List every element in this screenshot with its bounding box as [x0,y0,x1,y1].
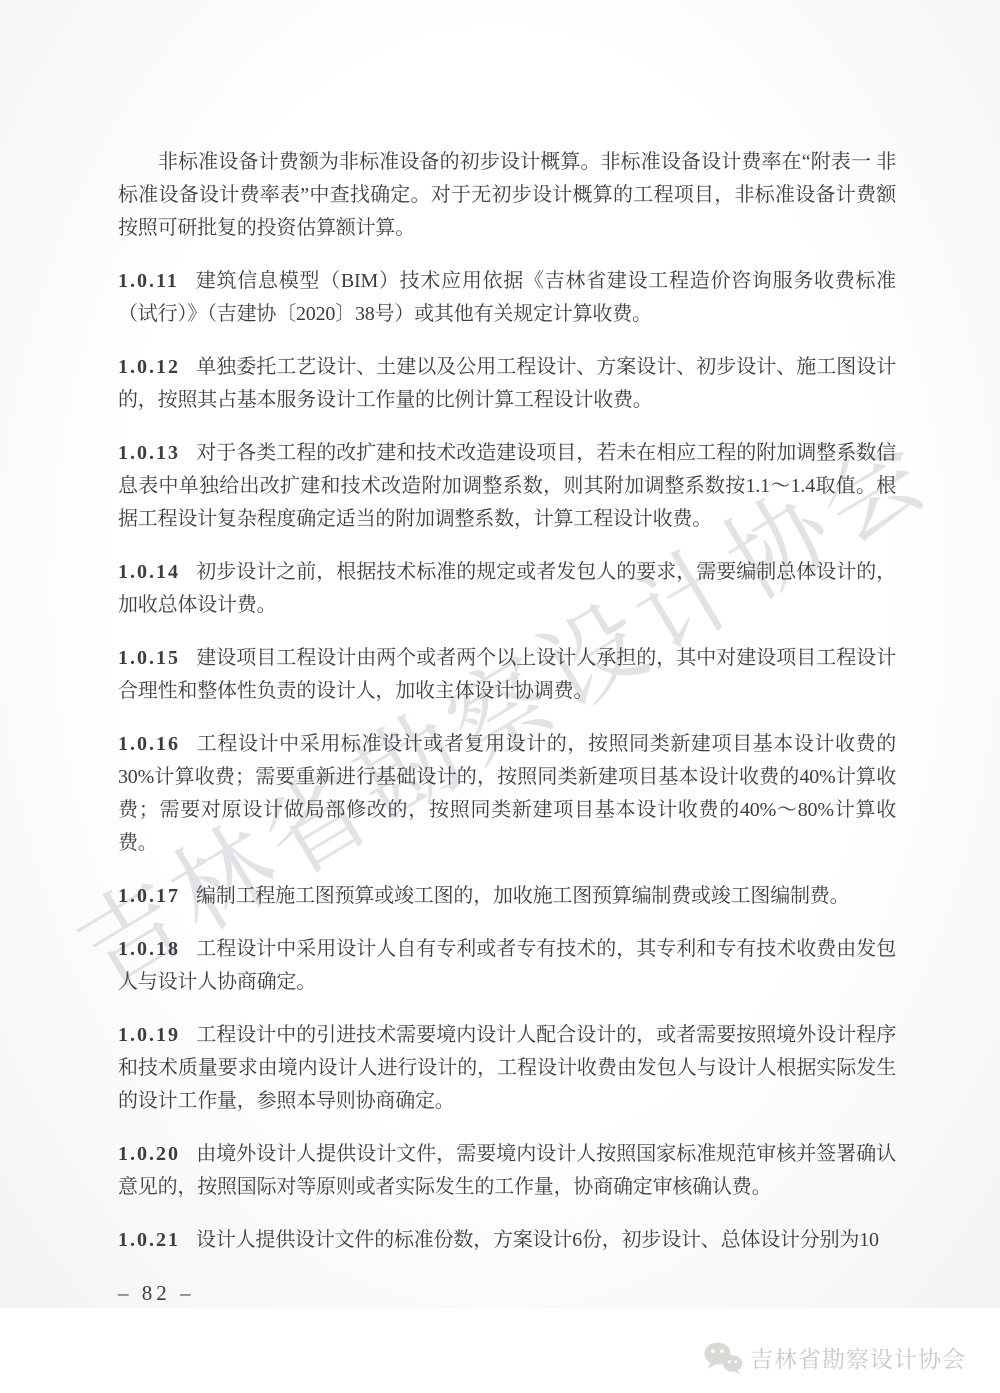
clause-text: 设计人提供设计文件的标准份数，方案设计6份，初步设计、总体设计分别为10 [196,1229,879,1251]
clause-paragraph: 1.0.16工程设计中采用标准设计或者复用设计的，按照同类新建项目基本设计收费的… [118,728,896,860]
clause-paragraph: 1.0.21设计人提供设计文件的标准份数，方案设计6份，初步设计、总体设计分别为… [118,1224,896,1257]
clause-number: 1.0.11 [118,270,179,292]
clause-text: 工程设计中的引进技术需要境内设计人配合设计的，或者需要按照境外设计程序和技术质量… [118,1024,896,1112]
clause-text: 由境外设计人提供设计文件，需要境内设计人按照国家标准规范审核并签署确认意见的，按… [118,1143,896,1198]
clause-text: 单独委托工艺设计、土建以及公用工程设计、方案设计、初步设计、施工图设计的，按照其… [118,356,896,411]
clause-number: 1.0.13 [118,442,180,464]
clause-text: 工程设计中采用标准设计或者复用设计的，按照同类新建项目基本设计收费的30%计算收… [118,733,896,854]
clause-text: 初步设计之前，根据技术标准的规定或者发包人的要求，需要编制总体设计的，加收总体设… [118,561,896,616]
clause-paragraph: 1.0.12单独委托工艺设计、土建以及公用工程设计、方案设计、初步设计、施工图设… [118,351,896,417]
clause-paragraph: 1.0.18工程设计中采用设计人自有专利或者专有技术的，其专利和专有技术收费由发… [118,933,896,999]
clause-paragraph: 1.0.13对于各类工程的改扩建和技术改造建设项目，若未在相应工程的附加调整系数… [118,437,896,536]
clause-paragraph: 1.0.17编制工程施工图预算或竣工图的，加收施工图预算编制费或竣工图编制费。 [118,880,896,913]
clause-number: 1.0.20 [118,1143,180,1165]
footer-bar: 吉林省勘察设计协会 [0,1322,1000,1393]
clause-number: 1.0.18 [118,938,180,960]
clause-paragraph: 1.0.19工程设计中的引进技术需要境内设计人配合设计的，或者需要按照境外设计程… [118,1019,896,1118]
clause-number: 1.0.19 [118,1024,180,1046]
clause-paragraph: 1.0.15建设项目工程设计由两个或者两个以上设计人承担的，其中对建设项目工程设… [118,642,896,708]
clause-text: 工程设计中采用设计人自有专利或者专有技术的，其专利和专有技术收费由发包人与设计人… [118,938,896,993]
clause-paragraph: 1.0.11建筑信息模型（BIM）技术应用依据《吉林省建设工程造价咨询服务收费标… [118,265,896,331]
page-number: – 82 – [118,1277,896,1308]
clause-number: 1.0.16 [118,733,180,755]
clause-number: 1.0.21 [118,1229,180,1251]
clause-text: 建筑信息模型（BIM）技术应用依据《吉林省建设工程造价咨询服务收费标准（试行）》… [118,270,896,325]
clause-number: 1.0.17 [118,885,180,907]
page-content: 非标准设备计费额为非标准设备的初步设计概算。非标准设备设计费率在“附表一 非标准… [118,146,896,1308]
document-page: 吉林省勘察设计协会 非标准设备计费额为非标准设备的初步设计概算。非标准设备设计费… [0,0,1000,1308]
wechat-icon [703,1341,743,1375]
clause-number: 1.0.12 [118,356,180,378]
clause-paragraph: 1.0.20由境外设计人提供设计文件，需要境内设计人按照国家标准规范审核并签署确… [118,1138,896,1204]
clause-list: 1.0.11建筑信息模型（BIM）技术应用依据《吉林省建设工程造价咨询服务收费标… [118,265,896,1257]
clause-text: 建设项目工程设计由两个或者两个以上设计人承担的，其中对建设项目工程设计合理性和整… [118,647,896,702]
clause-number: 1.0.14 [118,561,180,583]
clause-text: 对于各类工程的改扩建和技术改造建设项目，若未在相应工程的附加调整系数信息表中单独… [118,442,896,530]
footer-brand-text: 吉林省勘察设计协会 [750,1341,966,1374]
clause-number: 1.0.15 [118,647,180,669]
clause-text: 编制工程施工图预算或竣工图的，加收施工图预算编制费或竣工图编制费。 [196,885,849,907]
clause-paragraph: 1.0.14初步设计之前，根据技术标准的规定或者发包人的要求，需要编制总体设计的… [118,556,896,622]
paragraph-intro: 非标准设备计费额为非标准设备的初步设计概算。非标准设备设计费率在“附表一 非标准… [118,146,896,245]
